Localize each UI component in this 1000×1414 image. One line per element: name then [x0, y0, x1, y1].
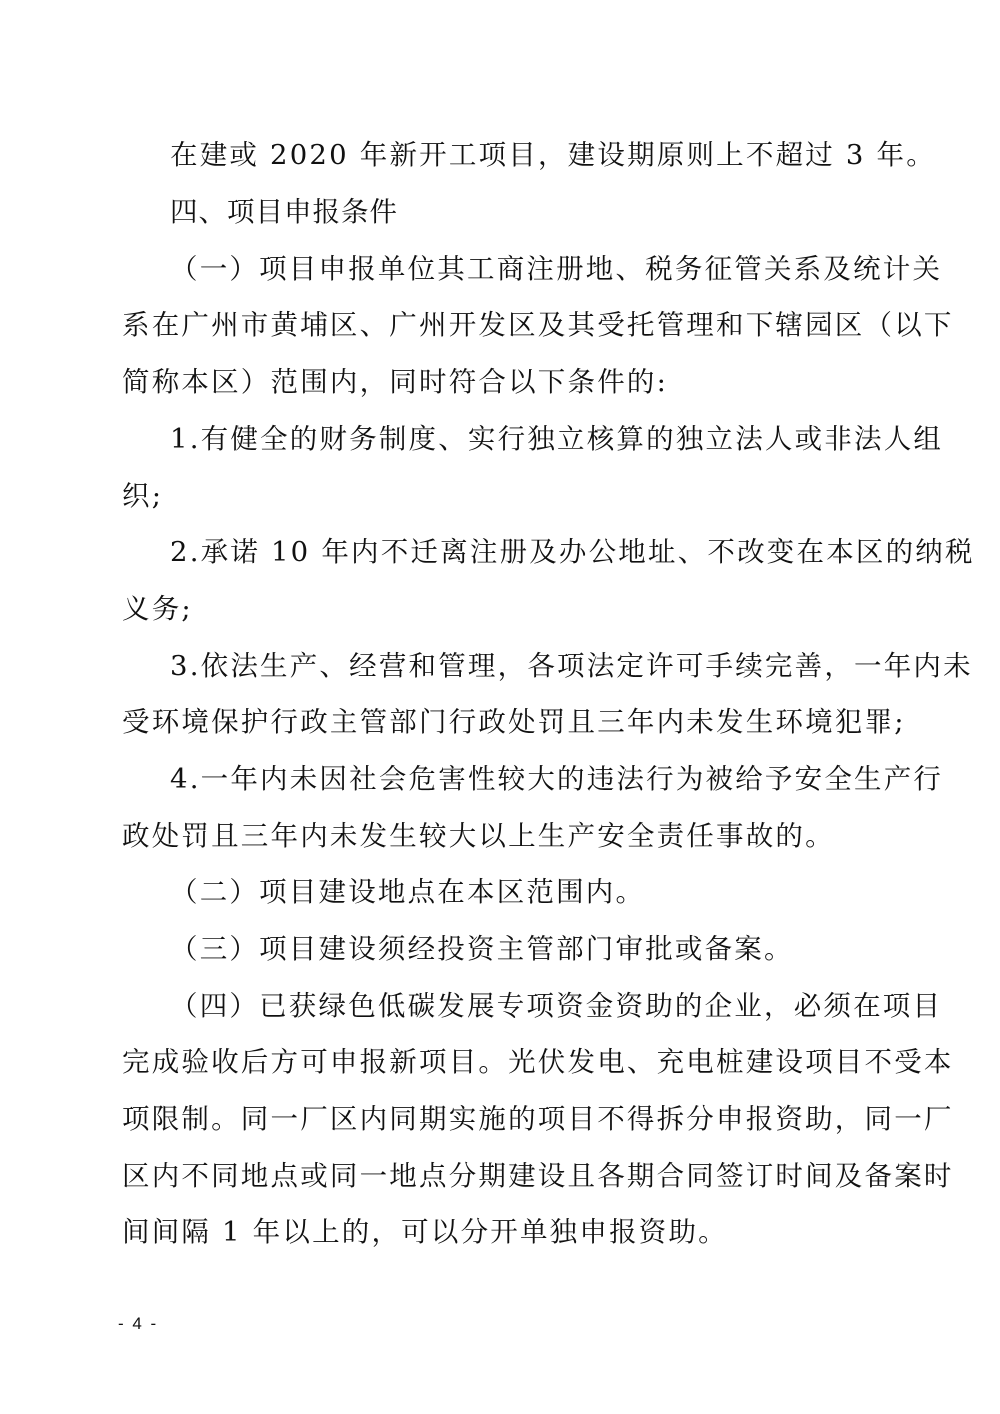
condition-1-line-3: 简称本区）范围内，同时符合以下条件的:: [122, 362, 882, 402]
item-1-line-1: 1.有健全的财务制度、实行独立核算的独立法人或非法人组: [170, 419, 882, 459]
item-3-line-1: 3.依法生产、经营和管理，各项法定许可手续完善，一年内未: [170, 646, 882, 686]
item-2-line-2: 义务;: [122, 589, 882, 629]
condition-1-line-2: 系在广州市黄埔区、广州开发区及其受托管理和下辖园区（以下: [122, 305, 882, 345]
document-page: 在建或 2020 年新开工项目，建设期原则上不超过 3 年。 四、项目申报条件 …: [0, 0, 1000, 1414]
condition-4-line-2: 完成验收后方可申报新项目。光伏发电、充电桩建设项目不受本: [122, 1042, 882, 1082]
item-2-line-1: 2.承诺 10 年内不迁离注册及办公地址、不改变在本区的纳税: [170, 532, 882, 572]
condition-2: （二）项目建设地点在本区范围内。: [170, 872, 882, 912]
condition-4-line-1: （四）已获绿色低碳发展专项资金资助的企业，必须在项目: [170, 986, 882, 1026]
condition-4-line-4: 区内不同地点或同一地点分期建设且各期合同签订时间及备案时: [122, 1156, 882, 1196]
paragraph-construction-period: 在建或 2020 年新开工项目，建设期原则上不超过 3 年。: [170, 135, 882, 175]
condition-4-line-5: 间间隔 1 年以上的，可以分开单独申报资助。: [122, 1212, 882, 1252]
item-3-line-2: 受环境保护行政主管部门行政处罚且三年内未发生环境犯罪;: [122, 702, 882, 742]
item-4-line-2: 政处罚且三年内未发生较大以上生产安全责任事故的。: [122, 816, 882, 856]
section-heading-application-conditions: 四、项目申报条件: [170, 192, 882, 232]
condition-4-line-3: 项限制。同一厂区内同期实施的项目不得拆分申报资助，同一厂: [122, 1099, 882, 1139]
page-number: - 4 -: [118, 1314, 158, 1334]
condition-3: （三）项目建设须经投资主管部门审批或备案。: [170, 929, 882, 969]
item-1-line-2: 织;: [122, 476, 882, 516]
item-4-line-1: 4.一年内未因社会危害性较大的违法行为被给予安全生产行: [170, 759, 882, 799]
condition-1-line-1: （一）项目申报单位其工商注册地、税务征管关系及统计关: [170, 249, 882, 289]
